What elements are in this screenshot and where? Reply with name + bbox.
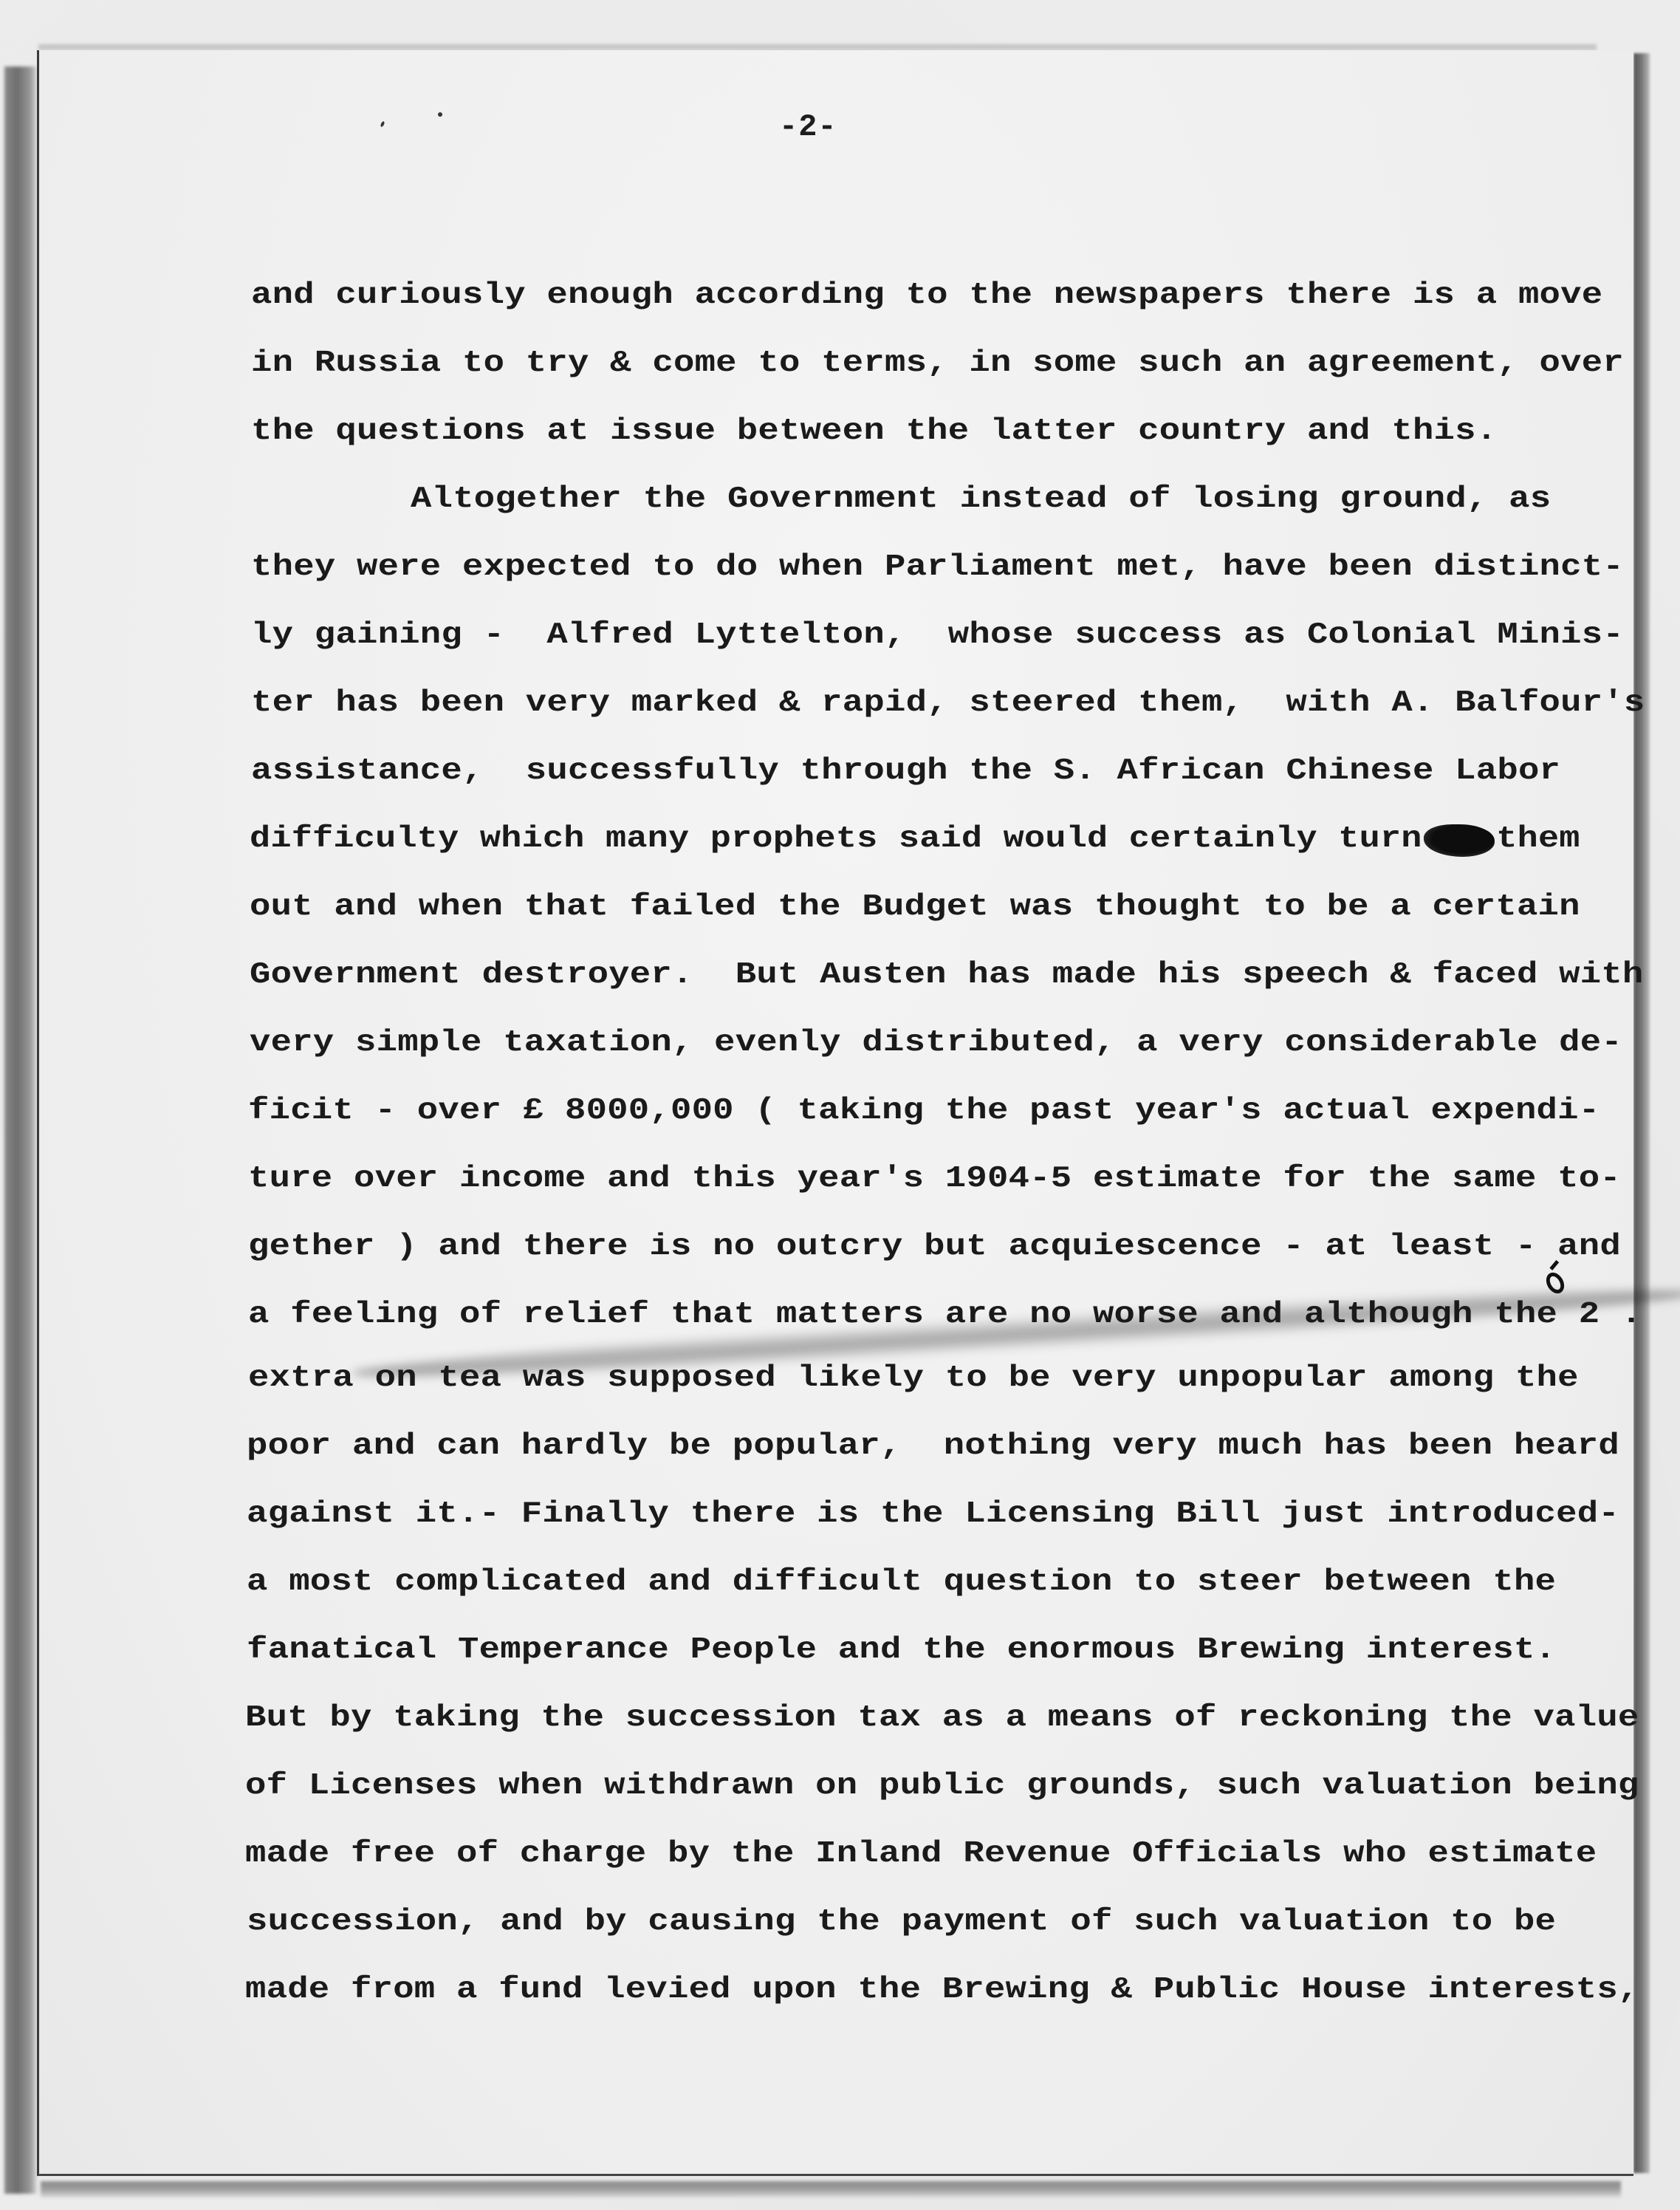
text-line: assistance, successfully through the S. … [251,756,1560,787]
text-line: ter has been very marked & rapid, steere… [251,688,1645,719]
text-line: they were expected to do when Parliament… [251,552,1624,583]
text-line: a most complicated and difficult questio… [247,1567,1556,1598]
text-segment: them [1496,822,1580,856]
text-line: of Licenses when withdrawn on public gro… [245,1771,1639,1802]
text-line: made free of charge by the Inland Revenu… [245,1839,1597,1869]
ink-blot-icon [1424,824,1495,857]
text-line: difficulty which many prophets said woul… [250,824,1580,855]
text-line: a feeling of relief that matters are no … [248,1300,1642,1330]
text-line: the questions at issue between the latte… [251,417,1497,447]
text-line: Altogether the Government instead of los… [411,485,1551,515]
text-line: against it.- Finally there is the Licens… [247,1499,1619,1530]
text-line: But by taking the succession tax as a me… [245,1703,1639,1734]
text-line: gether ) and there is no outcry but acqu… [248,1232,1621,1262]
text-line: in Russia to try & come to terms, in som… [251,349,1624,379]
text-line: out and when that failed the Budget was … [250,892,1580,923]
text-line: Government destroyer. But Austen has mad… [250,960,1644,991]
text-line: ly gaining - Alfred Lyttelton, whose suc… [251,620,1624,651]
text-line: succession, and by causing the payment o… [247,1907,1556,1937]
text-line: made from a fund levied upon the Brewing… [245,1975,1639,2005]
text-segment: difficulty which many prophets said woul… [250,822,1422,856]
text-line: ture over income and this year's 1904-5 … [248,1164,1621,1194]
text-line: fanatical Temperance People and the enor… [247,1635,1556,1666]
text-line: poor and can hardly be popular, nothing … [247,1431,1619,1462]
text-line: ficit - over £ 8000,000 ( taking the pas… [248,1096,1600,1126]
text-line: extra on tea was supposed likely to be v… [248,1364,1579,1394]
text-line: very simple taxation, evenly distributed… [250,1028,1622,1058]
text-line: and curiously enough according to the ne… [251,281,1602,311]
letter-body: and curiously enough according to the ne… [0,0,1680,2210]
